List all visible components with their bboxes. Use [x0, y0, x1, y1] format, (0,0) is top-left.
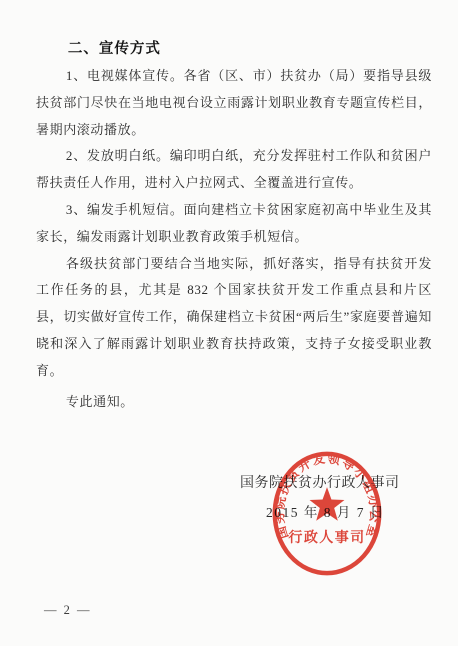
- paragraph-sms: 3、编发手机短信。面向建档立卡贫困家庭初高中毕业生及其家长，编发雨露计划职业教育…: [36, 197, 432, 251]
- document-page: 二、宣传方式 1、电视媒体宣传。各省（区、市）扶贫办（局）要指导县级扶贫部门尽快…: [0, 0, 458, 646]
- paragraph-flyers: 2、发放明白纸。编印明白纸，充分发挥驻村工作队和贫困户帮扶责任人作用，进村入户拉…: [36, 143, 432, 197]
- seal-banner-text: 行政人事司: [288, 529, 365, 546]
- seal-ring-text: 国务院扶贫开发领导小组办公室: [271, 450, 382, 541]
- paragraph-tv-publicity: 1、电视媒体宣传。各省（区、市）扶贫办（局）要指导县级扶贫部门尽快在当地电视台设…: [36, 63, 432, 143]
- section-heading: 二、宣传方式: [36, 36, 432, 63]
- document-body: 二、宣传方式 1、电视媒体宣传。各省（区、市）扶贫办（局）要指导县级扶贫部门尽快…: [36, 36, 432, 415]
- page-number: — 2 —: [44, 603, 92, 618]
- closing-note: 专此通知。: [36, 389, 432, 416]
- signature-organization: 国务院扶贫办行政人事司: [240, 472, 400, 492]
- svg-text:国务院扶贫开发领导小组办公室: 国务院扶贫开发领导小组办公室: [271, 450, 382, 541]
- paragraph-implementation: 各级扶贫部门要结合当地实际，抓好落实，指导有扶贫开发工作任务的县，尤其是 832…: [36, 251, 432, 385]
- signature-date: 2015 年 8 月 7 日: [266, 501, 385, 521]
